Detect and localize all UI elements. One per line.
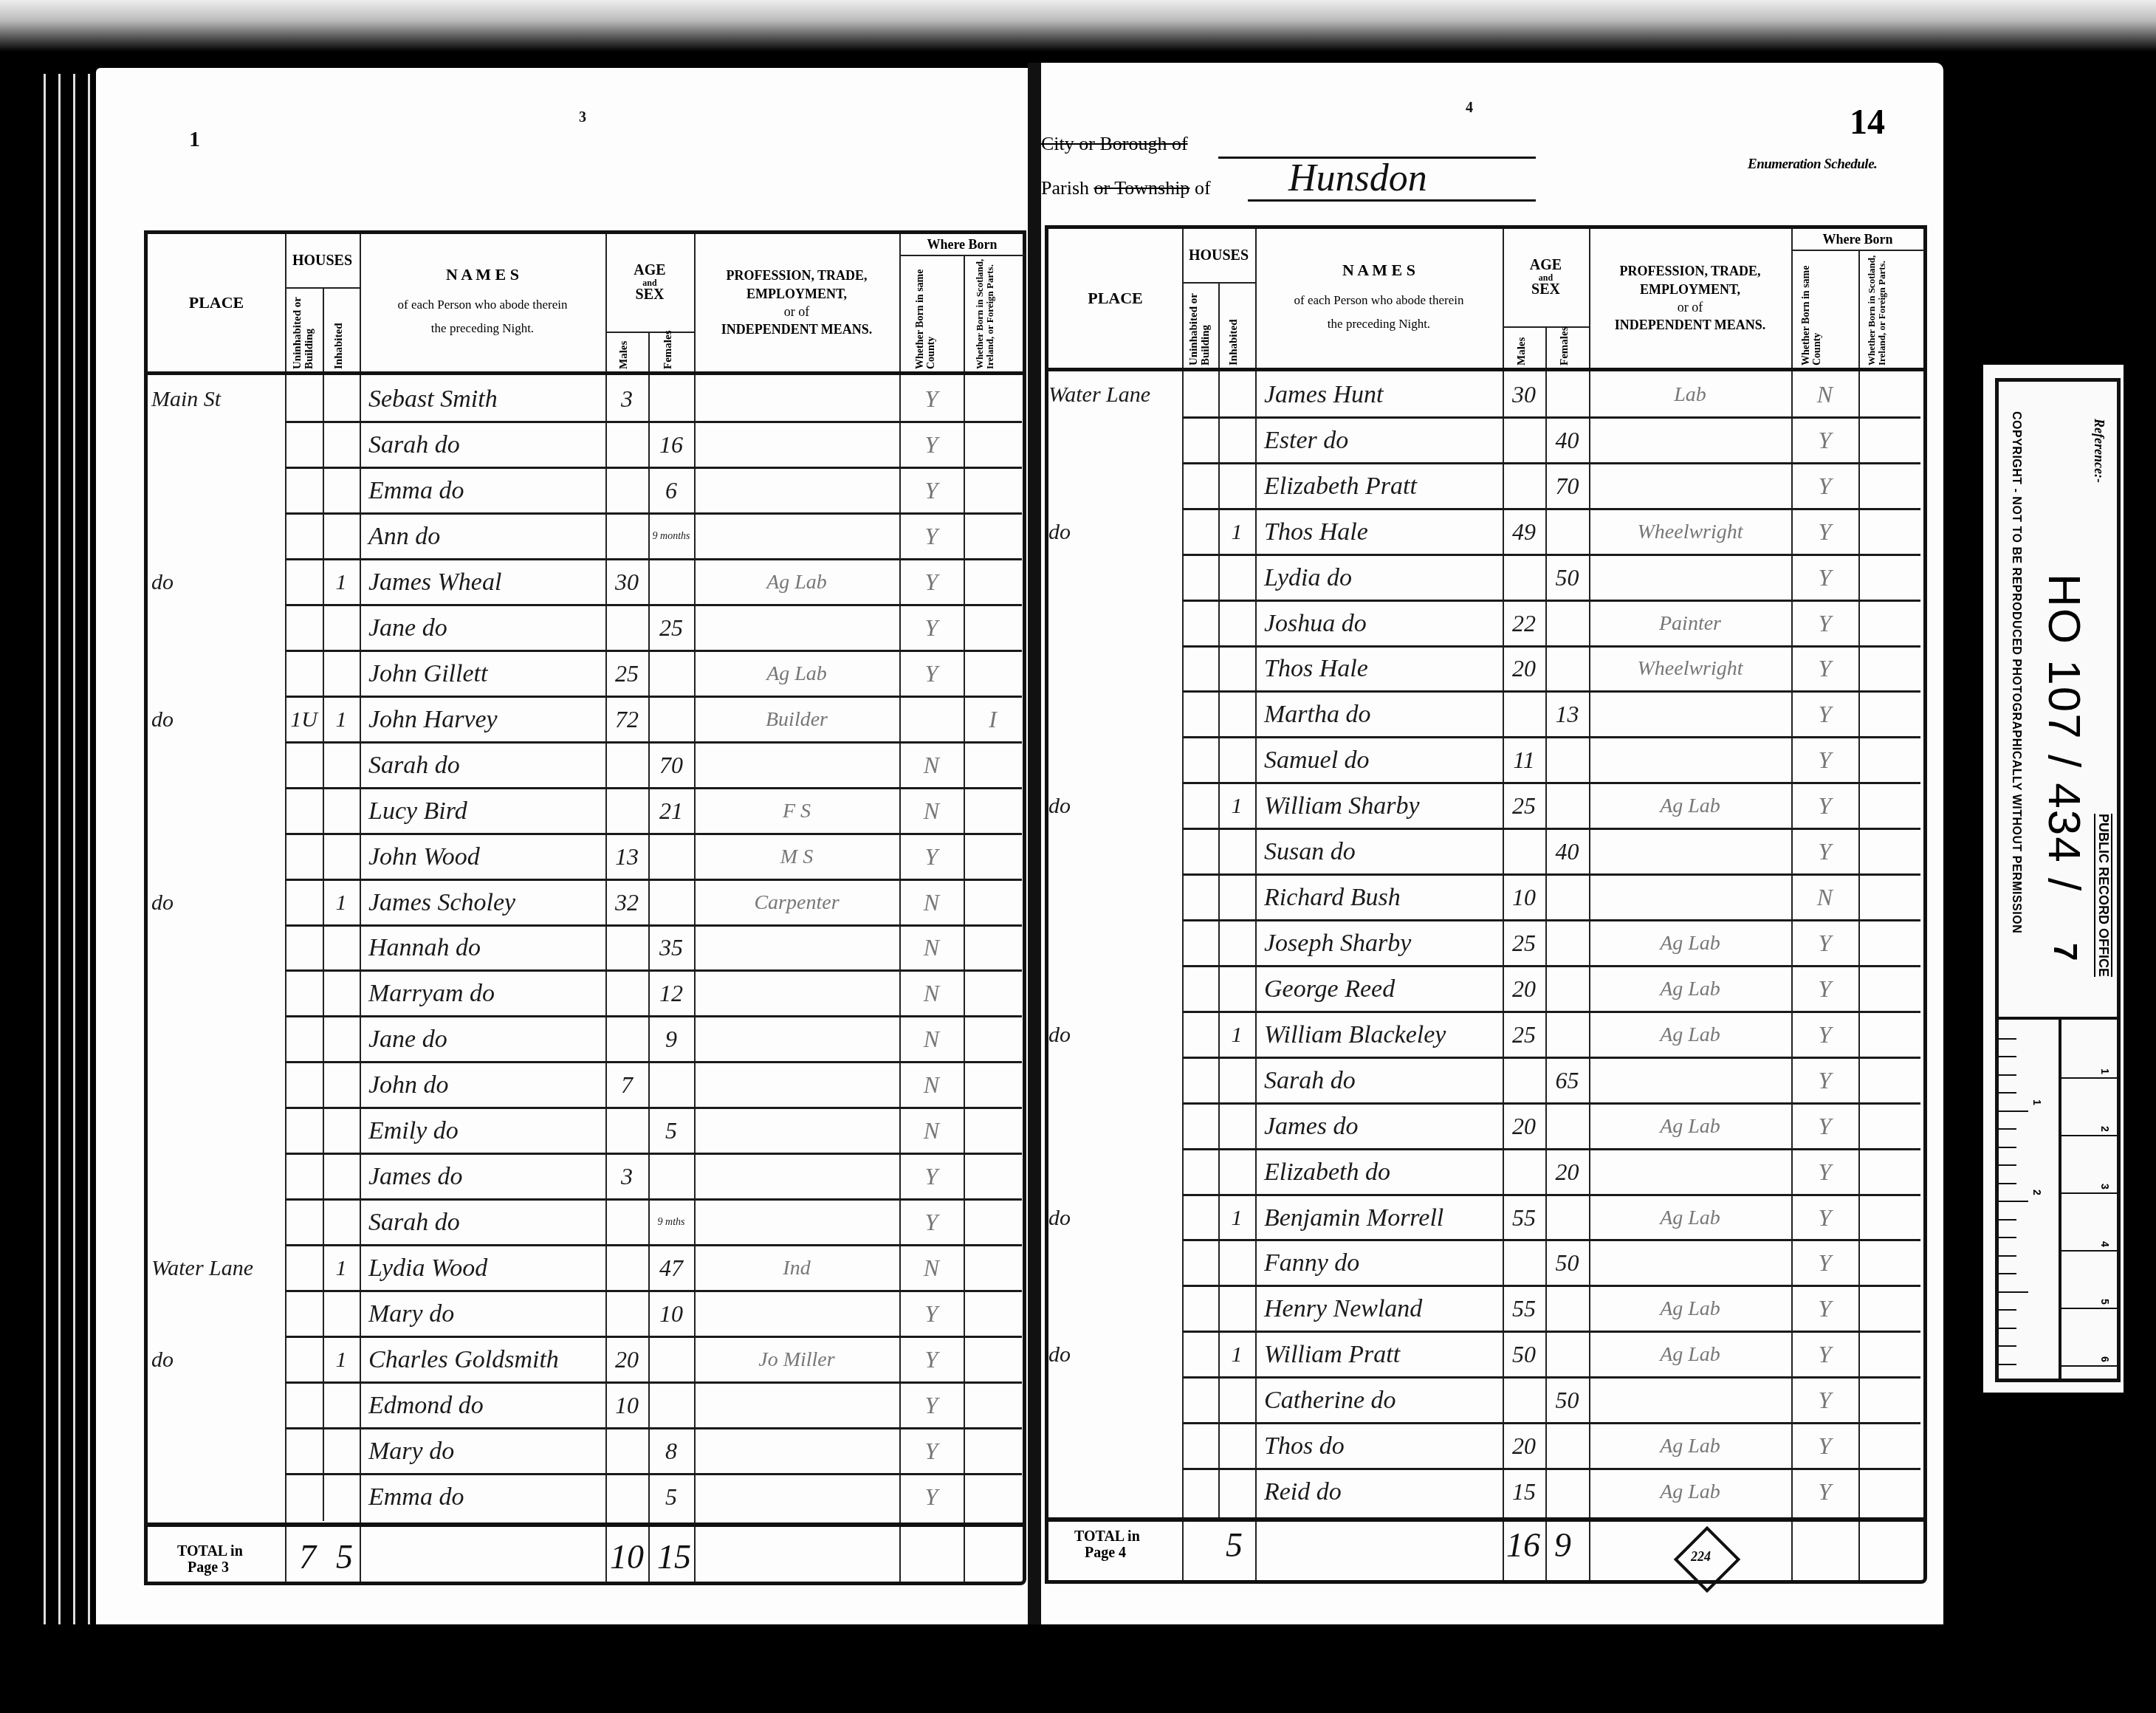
row-rule bbox=[285, 558, 1022, 560]
cell-inhabited: 1 bbox=[1218, 1198, 1255, 1239]
cell-county: Y bbox=[1791, 1288, 1858, 1330]
header-born-foreign: Whether Born in Scotland, Ireland, or Fo… bbox=[1867, 255, 1908, 365]
folio-stamp-number: 224 bbox=[1691, 1549, 1711, 1565]
cell-female: 16 bbox=[648, 425, 694, 466]
parish-label: Parish bbox=[1041, 177, 1089, 199]
row-rule bbox=[1182, 1148, 1920, 1150]
right-total-inhabited: 5 bbox=[1226, 1525, 1243, 1565]
cell-male: 30 bbox=[605, 562, 648, 603]
cell-county: Y bbox=[1791, 969, 1858, 1010]
cell-name: Benjamin Morrell bbox=[1255, 1198, 1511, 1239]
cell-male: 3 bbox=[605, 1156, 648, 1198]
cell-name: Samuel do bbox=[1255, 740, 1511, 781]
cell-profession: Jo Miller bbox=[694, 1339, 899, 1381]
row-rule bbox=[1182, 462, 1920, 464]
cell-place: do bbox=[1048, 786, 1182, 827]
cell-male: 10 bbox=[605, 1385, 648, 1427]
header-males: Males bbox=[619, 336, 631, 369]
cell-inhabited: 1 bbox=[323, 1339, 360, 1381]
row-rule bbox=[285, 512, 1022, 515]
cell-inhabited: 1 bbox=[323, 882, 360, 924]
cell-profession: Ag Lab bbox=[694, 653, 899, 695]
cell-place: Main St bbox=[151, 379, 285, 420]
cell-name: George Reed bbox=[1255, 969, 1511, 1010]
row-rule bbox=[1182, 1239, 1920, 1241]
cell-county: Y bbox=[1791, 740, 1858, 781]
row-rule bbox=[285, 787, 1022, 789]
cell-county: N bbox=[899, 1065, 964, 1106]
cell-name: Catherine do bbox=[1255, 1380, 1511, 1421]
cell-county: Y bbox=[1791, 420, 1858, 461]
cell-male: 32 bbox=[605, 882, 648, 924]
scale-ruler: 12345612 bbox=[1999, 1017, 2117, 1381]
cell-county: Y bbox=[899, 1156, 964, 1198]
cell-profession: Ag Lab bbox=[694, 562, 899, 603]
cell-profession: Ag Lab bbox=[1589, 923, 1791, 964]
row-rule bbox=[1182, 508, 1920, 510]
right-total-label: TOTAL in Page 4 bbox=[1074, 1528, 1140, 1561]
cell-male: 50 bbox=[1503, 1334, 1545, 1376]
cell-county: Y bbox=[1791, 648, 1858, 690]
cell-place: do bbox=[1048, 512, 1182, 553]
scan-bottom-edge bbox=[0, 1624, 2156, 1713]
cell-county: Y bbox=[899, 562, 964, 603]
row-rule bbox=[1182, 965, 1920, 967]
cell-name: John do bbox=[360, 1065, 614, 1106]
row-rule bbox=[1182, 1468, 1920, 1470]
cell-female: 50 bbox=[1545, 1380, 1589, 1421]
parish-label-line: Parish or Township of bbox=[1041, 177, 1211, 199]
cell-male: 25 bbox=[1503, 923, 1545, 964]
reference-caption: Reference:- bbox=[2091, 419, 2107, 483]
cell-name: Hannah do bbox=[360, 927, 614, 969]
reference-label: Reference:- HO 107 / 434 / 7 PUBLIC RECO… bbox=[1983, 365, 2124, 1393]
row-rule bbox=[1182, 919, 1920, 921]
row-rule bbox=[285, 1427, 1022, 1429]
cell-county: Y bbox=[899, 470, 964, 512]
cell-name: James do bbox=[1255, 1106, 1511, 1147]
cell-county: Y bbox=[1791, 1380, 1858, 1421]
scan-top-edge bbox=[0, 0, 2156, 52]
cell-female: 70 bbox=[648, 745, 694, 786]
cell-county: Y bbox=[1791, 923, 1858, 964]
header-age-sex: AGE and SEX bbox=[605, 234, 694, 332]
reference-folio: 7 bbox=[2046, 943, 2083, 961]
cell-profession: Lab bbox=[1589, 374, 1791, 416]
cell-female: 6 bbox=[648, 470, 694, 512]
row-rule bbox=[1182, 1376, 1920, 1379]
cell-place: do bbox=[151, 1339, 285, 1381]
cell-female: 10 bbox=[648, 1294, 694, 1335]
cell-county: N bbox=[899, 791, 964, 832]
cell-name: Edmond do bbox=[360, 1385, 614, 1427]
header-females: Females bbox=[1559, 329, 1571, 365]
cell-male: 20 bbox=[1503, 1426, 1545, 1467]
right-total-males: 16 bbox=[1506, 1525, 1540, 1565]
cell-county: Y bbox=[899, 1431, 964, 1472]
cell-name: Thos Hale bbox=[1255, 512, 1511, 553]
cell-name: Thos Hale bbox=[1255, 648, 1511, 690]
cell-female: 5 bbox=[648, 1477, 694, 1518]
cell-profession: M S bbox=[694, 837, 899, 878]
header-males: Males bbox=[1517, 332, 1528, 365]
cell-county: Y bbox=[1791, 1060, 1858, 1102]
cell-name: Sarah do bbox=[1255, 1060, 1511, 1102]
cell-name: Mary do bbox=[360, 1431, 614, 1472]
row-rule bbox=[1182, 828, 1920, 830]
cell-name: Ester do bbox=[1255, 420, 1511, 461]
right-page-number: 4 bbox=[1466, 100, 1473, 117]
cell-female: 47 bbox=[648, 1248, 694, 1289]
header-uninhabited: Uninhabited or Building bbox=[1189, 288, 1212, 365]
cell-name: Joseph Sharby bbox=[1255, 923, 1511, 964]
left-total-females: 15 bbox=[657, 1537, 691, 1576]
header-profession: PROFESSION, TRADE, EMPLOYMENT, or of IND… bbox=[694, 234, 899, 371]
cell-profession: Ag Lab bbox=[1589, 1106, 1791, 1147]
cell-name: Reid do bbox=[1255, 1472, 1511, 1513]
township-struck: or Township bbox=[1094, 177, 1190, 199]
cell-name: Thos do bbox=[1255, 1426, 1511, 1467]
cell-name: Charles Goldsmith bbox=[360, 1339, 614, 1381]
cell-male: 13 bbox=[605, 837, 648, 878]
row-rule bbox=[1182, 1011, 1920, 1013]
cell-female: 21 bbox=[648, 791, 694, 832]
cell-county: Y bbox=[1791, 1198, 1858, 1239]
header-females: Females bbox=[663, 332, 675, 369]
cell-profession: F S bbox=[694, 791, 899, 832]
cell-profession: Ag Lab bbox=[1589, 1472, 1791, 1513]
cell-county: Y bbox=[1791, 786, 1858, 827]
row-rule bbox=[285, 1061, 1022, 1063]
cell-profession: Ind bbox=[694, 1248, 899, 1289]
cell-county: Y bbox=[899, 608, 964, 649]
left-total-males: 10 bbox=[610, 1537, 644, 1576]
cell-county: Y bbox=[1791, 1472, 1858, 1513]
cell-name: Richard Bush bbox=[1255, 877, 1511, 919]
cell-name: John Gillett bbox=[360, 653, 614, 695]
cell-male: 3 bbox=[605, 379, 648, 420]
cell-profession: Ag Lab bbox=[1589, 1198, 1791, 1239]
cell-inhabited: 1 bbox=[1218, 1334, 1255, 1376]
cell-county: N bbox=[899, 927, 964, 969]
row-rule bbox=[285, 1381, 1022, 1384]
row-rule bbox=[1182, 1194, 1920, 1196]
cell-name: Martha do bbox=[1255, 694, 1511, 735]
left-corner-mark: 1 bbox=[189, 127, 200, 152]
row-rule bbox=[285, 1015, 1022, 1017]
cell-female: 35 bbox=[648, 927, 694, 969]
cell-inhabited: 1 bbox=[1218, 786, 1255, 827]
cell-county: Y bbox=[1791, 603, 1858, 645]
header-inhabited: Inhabited bbox=[1229, 288, 1240, 365]
row-rule bbox=[1182, 1057, 1920, 1059]
row-rule bbox=[1182, 1331, 1920, 1333]
cell-county: Y bbox=[899, 1385, 964, 1427]
cell-name: Marryam do bbox=[360, 973, 614, 1015]
cell-place: do bbox=[151, 562, 285, 603]
cell-inhabited: 1 bbox=[323, 562, 360, 603]
cell-county: Y bbox=[1791, 512, 1858, 553]
cell-name: James Hunt bbox=[1255, 374, 1511, 416]
cell-county: N bbox=[899, 745, 964, 786]
cell-male: 25 bbox=[1503, 1015, 1545, 1056]
cell-uninhabited: 1U bbox=[285, 699, 323, 741]
cell-foreign: I bbox=[964, 699, 1022, 741]
cell-county: Y bbox=[1791, 1334, 1858, 1376]
public-record-office: PUBLIC RECORD OFFICE bbox=[2094, 814, 2112, 977]
left-page-number: 3 bbox=[579, 109, 586, 126]
cell-male: 15 bbox=[1503, 1472, 1545, 1513]
row-rule bbox=[285, 924, 1022, 927]
cell-county: Y bbox=[1791, 466, 1858, 507]
cell-county: Y bbox=[1791, 831, 1858, 873]
cell-county: Y bbox=[899, 516, 964, 557]
cell-name: Henry Newland bbox=[1255, 1288, 1511, 1330]
cell-male: 20 bbox=[605, 1339, 648, 1381]
cell-county: Y bbox=[1791, 1015, 1858, 1056]
header-place: PLACE bbox=[1048, 229, 1182, 368]
row-rule bbox=[285, 604, 1022, 606]
cell-county: N bbox=[899, 1019, 964, 1060]
header-where-born: Where Born bbox=[899, 234, 1025, 255]
cell-male: 72 bbox=[605, 699, 648, 741]
book-gutter bbox=[1028, 63, 1041, 1639]
cell-profession: Builder bbox=[694, 699, 899, 741]
cell-female: 70 bbox=[1545, 466, 1589, 507]
reference-class-piece: HO 107 / 434 / bbox=[2038, 574, 2090, 892]
cell-male: 22 bbox=[1503, 603, 1545, 645]
cell-county: N bbox=[1791, 374, 1858, 416]
cell-name: Elizabeth Pratt bbox=[1255, 466, 1511, 507]
cell-place: do bbox=[1048, 1015, 1182, 1056]
cell-county: N bbox=[899, 1110, 964, 1152]
row-rule bbox=[285, 1244, 1022, 1246]
cell-name: William Pratt bbox=[1255, 1334, 1511, 1376]
cell-male: 25 bbox=[605, 653, 648, 695]
cell-name: Lydia do bbox=[1255, 557, 1511, 599]
cell-name: Sarah do bbox=[360, 425, 614, 466]
cell-name: Emma do bbox=[360, 1477, 614, 1518]
cell-name: John Harvey bbox=[360, 699, 614, 741]
cell-male: 7 bbox=[605, 1065, 648, 1106]
left-total-inhabited: 5 bbox=[336, 1537, 353, 1576]
row-rule bbox=[1182, 782, 1920, 784]
cell-female: 40 bbox=[1545, 831, 1589, 873]
cell-name: John Wood bbox=[360, 837, 614, 878]
row-rule bbox=[285, 741, 1022, 744]
cell-name: James do bbox=[360, 1156, 614, 1198]
cell-male: 10 bbox=[1503, 877, 1545, 919]
cell-name: Joshua do bbox=[1255, 603, 1511, 645]
cell-female: 5 bbox=[648, 1110, 694, 1152]
row-rule bbox=[285, 1153, 1022, 1155]
header-houses: HOUSES bbox=[1182, 229, 1255, 282]
cell-female: 20 bbox=[1545, 1152, 1589, 1193]
row-rule bbox=[1182, 736, 1920, 738]
parish-of: of bbox=[1195, 177, 1211, 199]
row-rule bbox=[1182, 690, 1920, 693]
row-rule bbox=[285, 1107, 1022, 1109]
cell-female: 8 bbox=[648, 1431, 694, 1472]
book-page-edges bbox=[37, 74, 100, 1639]
cell-male: 11 bbox=[1503, 740, 1545, 781]
cell-profession: Ag Lab bbox=[1589, 786, 1791, 827]
cell-county: Y bbox=[1791, 1152, 1858, 1193]
cell-place: do bbox=[1048, 1198, 1182, 1239]
enumeration-schedule-label: Enumeration Schedule. bbox=[1748, 157, 1877, 173]
cell-name: Elizabeth do bbox=[1255, 1152, 1511, 1193]
cell-profession: Ag Lab bbox=[1589, 1426, 1791, 1467]
right-total-females: 9 bbox=[1554, 1525, 1571, 1565]
cell-county: Y bbox=[899, 837, 964, 878]
cell-male: 55 bbox=[1503, 1198, 1545, 1239]
cell-name: Emma do bbox=[360, 470, 614, 512]
header-inhabited: Inhabited bbox=[334, 292, 346, 369]
cell-name: James Wheal bbox=[360, 562, 614, 603]
cell-name: Lydia Wood bbox=[360, 1248, 614, 1289]
cell-male: 49 bbox=[1503, 512, 1545, 553]
cell-female: 12 bbox=[648, 973, 694, 1015]
cell-name: Emily do bbox=[360, 1110, 614, 1152]
left-total-label: TOTAL in Page 3 bbox=[177, 1543, 243, 1576]
cell-male: 20 bbox=[1503, 969, 1545, 1010]
cell-inhabited: 1 bbox=[1218, 512, 1255, 553]
cell-name: Sarah do bbox=[360, 1202, 614, 1243]
cell-place: do bbox=[1048, 1334, 1182, 1376]
cell-female: 9 mths bbox=[648, 1202, 694, 1243]
cell-female: 40 bbox=[1545, 420, 1589, 461]
row-rule bbox=[285, 1198, 1022, 1201]
row-rule bbox=[285, 1290, 1022, 1292]
row-rule bbox=[1182, 416, 1920, 419]
header-houses: HOUSES bbox=[285, 234, 360, 287]
cell-profession: Ag Lab bbox=[1589, 969, 1791, 1010]
cell-name: Fanny do bbox=[1255, 1243, 1511, 1284]
cell-female: 65 bbox=[1545, 1060, 1589, 1102]
cell-profession: Painter bbox=[1589, 603, 1791, 645]
cell-name: Ann do bbox=[360, 516, 614, 557]
cell-profession: Ag Lab bbox=[1589, 1288, 1791, 1330]
cell-inhabited: 1 bbox=[323, 699, 360, 741]
cell-county: N bbox=[899, 1248, 964, 1289]
cell-county: N bbox=[899, 973, 964, 1015]
row-rule bbox=[285, 421, 1022, 423]
cell-county: Y bbox=[1791, 1426, 1858, 1467]
cell-place: Water Lane bbox=[1048, 374, 1182, 416]
cell-county: Y bbox=[899, 379, 964, 420]
cell-county: Y bbox=[899, 425, 964, 466]
cell-name: Susan do bbox=[1255, 831, 1511, 873]
row-rule bbox=[285, 1336, 1022, 1338]
cell-county: N bbox=[899, 882, 964, 924]
cell-county: N bbox=[1791, 877, 1858, 919]
cell-female: 25 bbox=[648, 608, 694, 649]
header-born-county: Whether Born in same County bbox=[916, 258, 945, 369]
cell-county: Y bbox=[899, 1294, 964, 1335]
city-borough-label: City or Borough of bbox=[1041, 133, 1188, 155]
left-total-uninhabited: 7 bbox=[299, 1537, 316, 1576]
row-rule bbox=[1182, 1285, 1920, 1287]
cell-name: William Sharby bbox=[1255, 786, 1511, 827]
cell-place: do bbox=[151, 699, 285, 741]
cell-female: 13 bbox=[1545, 694, 1589, 735]
cell-inhabited: 1 bbox=[1218, 1015, 1255, 1056]
cell-county: Y bbox=[1791, 1243, 1858, 1284]
row-rule bbox=[285, 969, 1022, 972]
cell-profession: Wheelwright bbox=[1589, 648, 1791, 690]
cell-name: Jane do bbox=[360, 608, 614, 649]
header-names: N A M E S of each Person who abode there… bbox=[360, 234, 605, 371]
cell-name: Mary do bbox=[360, 1294, 614, 1335]
row-rule bbox=[1182, 645, 1920, 648]
cell-male: 25 bbox=[1503, 786, 1545, 827]
cell-profession: Wheelwright bbox=[1589, 512, 1791, 553]
row-rule bbox=[285, 879, 1022, 881]
cell-male: 20 bbox=[1503, 648, 1545, 690]
cell-female: 50 bbox=[1545, 557, 1589, 599]
schedule-number: 14 bbox=[1850, 102, 1885, 143]
cell-profession: Carpenter bbox=[694, 882, 899, 924]
copyright-notice: COPYRIGHT - NOT TO BE REPRODUCED PHOTOGR… bbox=[2009, 411, 2022, 933]
row-rule bbox=[1182, 600, 1920, 602]
cell-name: Sarah do bbox=[360, 745, 614, 786]
cell-inhabited: 1 bbox=[323, 1248, 360, 1289]
cell-male: 30 bbox=[1503, 374, 1545, 416]
cell-profession: Ag Lab bbox=[1589, 1334, 1791, 1376]
header-born-county: Whether Born in same County bbox=[1802, 255, 1831, 365]
cell-county: Y bbox=[899, 1339, 964, 1381]
cell-male: 55 bbox=[1503, 1288, 1545, 1330]
row-rule bbox=[285, 1473, 1022, 1475]
parish-value: Hunsdon bbox=[1288, 157, 1427, 200]
cell-place: do bbox=[151, 882, 285, 924]
cell-county: Y bbox=[1791, 694, 1858, 735]
row-rule bbox=[1182, 1102, 1920, 1105]
header-uninhabited: Uninhabited or Building bbox=[292, 292, 316, 369]
cell-name: Lucy Bird bbox=[360, 791, 614, 832]
cell-female: 9 months bbox=[648, 516, 694, 557]
cell-female: 50 bbox=[1545, 1243, 1589, 1284]
cell-county: Y bbox=[1791, 557, 1858, 599]
cell-county: Y bbox=[899, 653, 964, 695]
header-age-sex: AGE and SEX bbox=[1503, 229, 1589, 326]
header-place: PLACE bbox=[148, 234, 285, 371]
row-rule bbox=[285, 467, 1022, 469]
row-rule bbox=[1182, 554, 1920, 556]
cell-name: Jane do bbox=[360, 1019, 614, 1060]
cell-county: Y bbox=[1791, 1106, 1858, 1147]
cell-name: Sebast Smith bbox=[360, 379, 614, 420]
header-profession: PROFESSION, TRADE, EMPLOYMENT, or of IND… bbox=[1589, 229, 1791, 368]
row-rule bbox=[285, 833, 1022, 835]
row-rule bbox=[1182, 1422, 1920, 1424]
header-where-born: Where Born bbox=[1791, 229, 1924, 250]
cell-female: 9 bbox=[648, 1019, 694, 1060]
row-rule bbox=[285, 650, 1022, 652]
header-names: N A M E S of each Person who abode there… bbox=[1255, 229, 1503, 368]
row-rule bbox=[1182, 873, 1920, 876]
cell-name: William Blackeley bbox=[1255, 1015, 1511, 1056]
cell-county: Y bbox=[899, 1202, 964, 1243]
cell-name: James Scholey bbox=[360, 882, 614, 924]
cell-male: 20 bbox=[1503, 1106, 1545, 1147]
row-rule bbox=[285, 696, 1022, 698]
cell-place: Water Lane bbox=[151, 1248, 285, 1289]
cell-county: Y bbox=[899, 1477, 964, 1518]
cell-profession: Ag Lab bbox=[1589, 1015, 1791, 1056]
header-born-foreign: Whether Born in Scotland, Ireland, or Fo… bbox=[975, 258, 1016, 369]
